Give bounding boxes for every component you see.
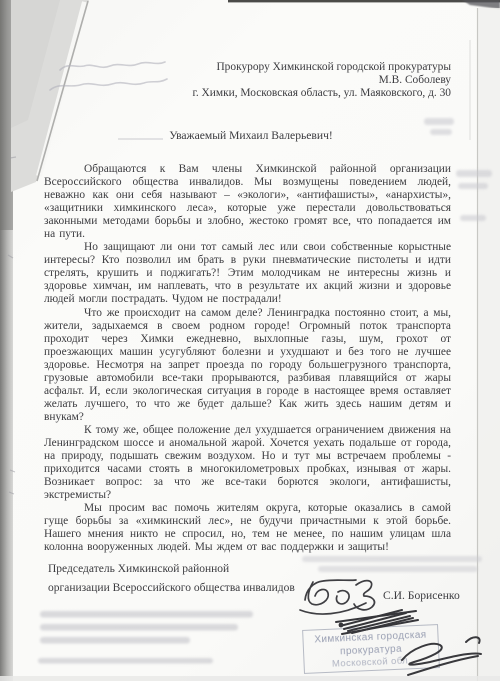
recipient-address: Прокурору Химкинской городской прокурату… bbox=[121, 61, 451, 101]
letter-paragraph: Обращаются к Вам члены Химкинской районн… bbox=[44, 163, 451, 241]
recipient-line: Прокурору Химкинской городской прокурату… bbox=[121, 61, 451, 74]
margin-tick-marks bbox=[8, 157, 16, 494]
signoff-line: Председатель Химкинской районной bbox=[48, 560, 368, 579]
scan-smudge-top-right bbox=[462, 0, 500, 9]
signoff-line: организации Всероссийского общества инва… bbox=[48, 579, 368, 598]
letter-paragraph: Что же происходит на самом деле? Ленингр… bbox=[44, 307, 451, 424]
letter-paragraph: К тому же, общее положение дел ухудшаетс… bbox=[44, 424, 451, 502]
scan-edge-left bbox=[0, 0, 13, 681]
signoff-title: Председатель Химкинской районной организ… bbox=[48, 560, 368, 597]
recipient-line: М.В. Соболеву bbox=[121, 74, 451, 87]
prosecutor-stamp: Химкинская городская прокуратура Московс… bbox=[302, 624, 440, 674]
scan-edge-right bbox=[478, 8, 500, 681]
letter-paragraph: Но защищают ли они тот самый лес или сво… bbox=[44, 241, 451, 306]
scan-edge-top bbox=[228, 0, 500, 2]
salutation: Уважаемый Михаил Валерьевич! bbox=[44, 129, 458, 142]
signer-name: С.И. Борисенко bbox=[383, 589, 460, 602]
bleed-through-bottom bbox=[38, 611, 253, 664]
scan-edge-bottom bbox=[0, 676, 500, 681]
letter-body: Обращаются к Вам члены Химкинской районн… bbox=[44, 163, 451, 554]
scanned-letter-page: Прокурору Химкинской городской прокурату… bbox=[0, 0, 500, 681]
recipient-line: г. Химки, Московская область, ул. Маяков… bbox=[121, 87, 451, 100]
letter-paragraph: Мы просим вас помочь жителям округа, кот… bbox=[44, 502, 451, 554]
